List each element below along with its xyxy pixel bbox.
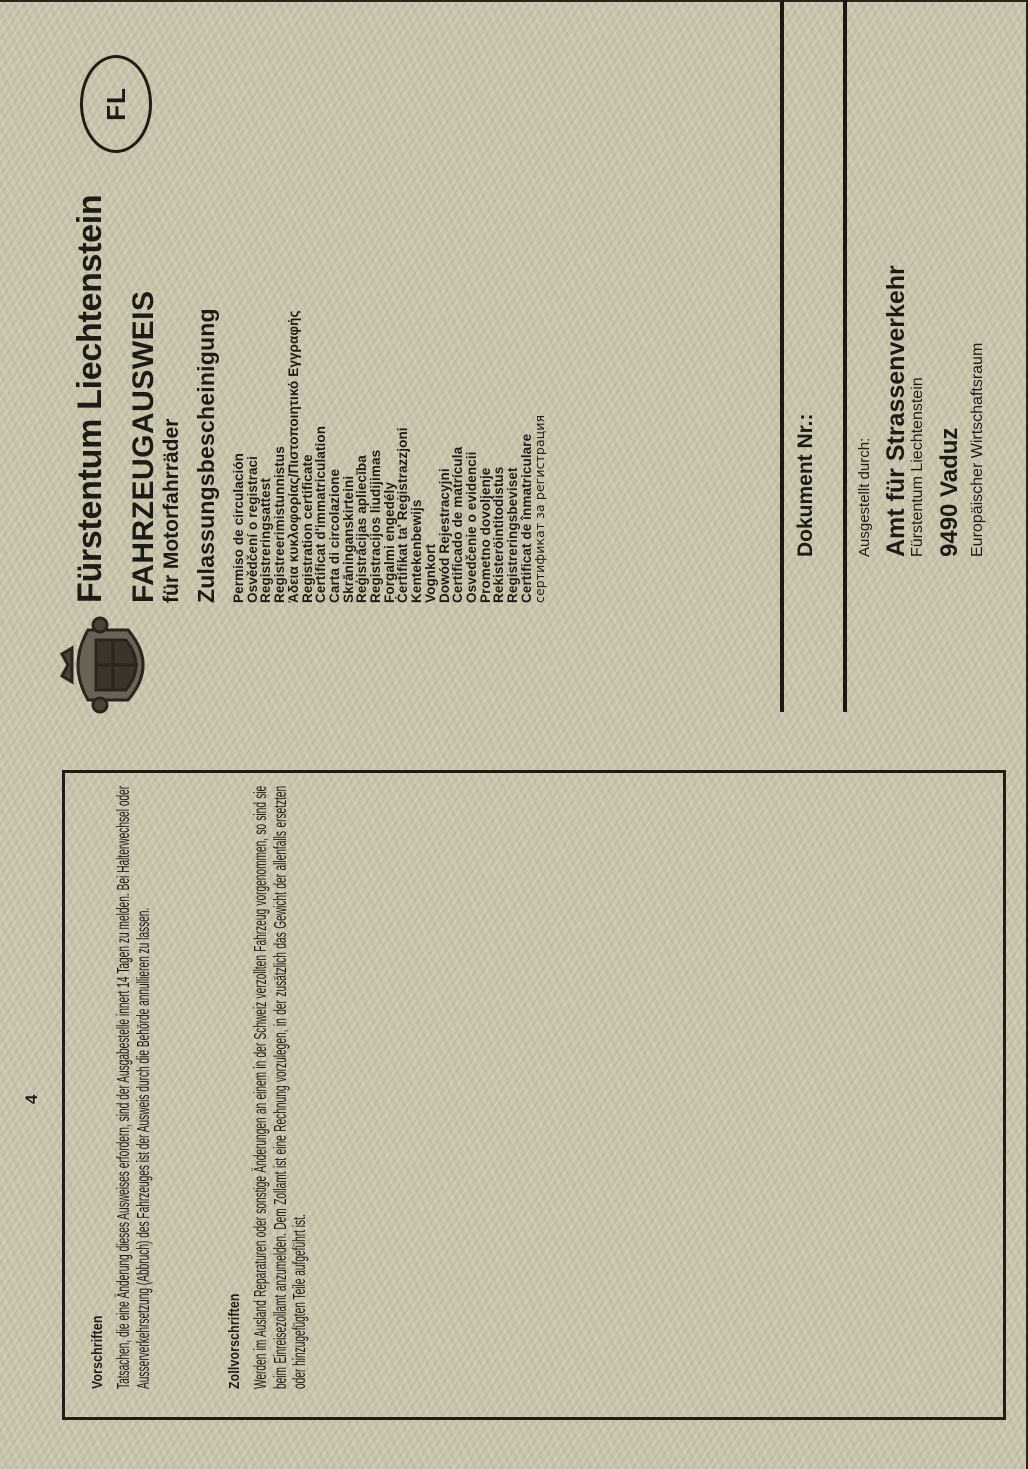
issuer-city: 9490 Vaduz xyxy=(937,0,963,557)
document-title: FAHRZEUGAUSWEIS xyxy=(128,183,160,603)
translation-item: Permiso de circulación xyxy=(232,183,246,603)
country-code-badge: FL xyxy=(80,55,152,153)
translation-item: Vognkort xyxy=(424,183,438,603)
customs-text: Werden im Ausland Reparaturen oder sonst… xyxy=(251,786,351,1389)
translation-item: Registreerimistunnistus xyxy=(273,183,287,603)
country-name: Fürstentum Liechtenstein xyxy=(70,183,110,603)
issuer-area: Europäischer Wirtschaftsraum xyxy=(969,0,987,557)
issuer-block: Ausgestellt durch: Amt für Strassenverke… xyxy=(856,0,987,557)
translation-item: Kentekenbewijs xyxy=(410,183,424,603)
customs-heading: Zollvorschriften xyxy=(226,907,243,1389)
divider-line xyxy=(843,0,847,712)
translation-item: Osvedčenie o evidencii xyxy=(465,183,479,603)
document-number-label: Dokument Nr.: xyxy=(794,413,818,557)
issuer-label: Ausgestellt durch: xyxy=(856,0,873,557)
title-column: Fürstentum Liechtenstein FAHRZEUGAUSWEIS… xyxy=(70,183,547,603)
regulations-heading: Vorschriften xyxy=(89,907,106,1389)
translation-item: Reģistrācijas apliecība xyxy=(355,183,369,603)
divider-line xyxy=(780,0,784,712)
coat-of-arms-icon xyxy=(58,610,168,720)
translation-item: Dowód Rejestracyjni xyxy=(438,183,452,603)
translation-item: Carta di circolazione xyxy=(328,183,342,603)
document-subtitle: für Motorfahrräder xyxy=(160,183,184,603)
translation-item: сертификат за регистрация xyxy=(533,183,547,603)
country-code: FL xyxy=(101,87,132,121)
translation-item: Registreringsattest xyxy=(259,183,273,603)
translation-item: Registracijos liudijimas xyxy=(369,183,383,603)
translation-item: Certificado de matrícula xyxy=(451,183,465,603)
translation-item: Registration certificate xyxy=(301,183,315,603)
translation-item: Certificat de înmatriculare xyxy=(520,183,534,603)
translation-item: Prometno dovoljenje xyxy=(479,183,493,603)
translations-list: Permiso de circulación Osvědčení o regis… xyxy=(232,183,547,603)
document-page: 4 Vorschriften Tatsachen, die eine Änder… xyxy=(0,0,1028,1469)
issuer-org-sub: Fürstentum Liechtenstein xyxy=(909,0,927,557)
translation-item: Άδεια κυκλοφορίας/Πιστοποιητικό Εγγραφής xyxy=(287,183,301,603)
translation-item: Rekisteröintitodistus xyxy=(492,183,506,603)
page-number: 4 xyxy=(22,1095,42,1104)
issuer-org: Amt für Strassenverkehr xyxy=(883,0,909,557)
translation-item: Forgalmi engedély xyxy=(383,183,397,603)
translation-item: Osvědčení o registraci xyxy=(246,183,260,603)
translation-item: Registreringsbeviset xyxy=(506,183,520,603)
regulations-box: Vorschriften Tatsachen, die eine Änderun… xyxy=(62,770,1006,1420)
document-subtitle-2: Zulassungsbescheinigung xyxy=(192,183,220,603)
regulations-text: Tatsachen, die eine Änderung dieses Ausw… xyxy=(114,786,192,1389)
translation-item: Skrāninganskirteini xyxy=(342,183,356,603)
translation-item: Ċertifikat ta' Reġistrazzjoni xyxy=(396,183,410,603)
translation-item: Certificat d'immatriculation xyxy=(314,183,328,603)
